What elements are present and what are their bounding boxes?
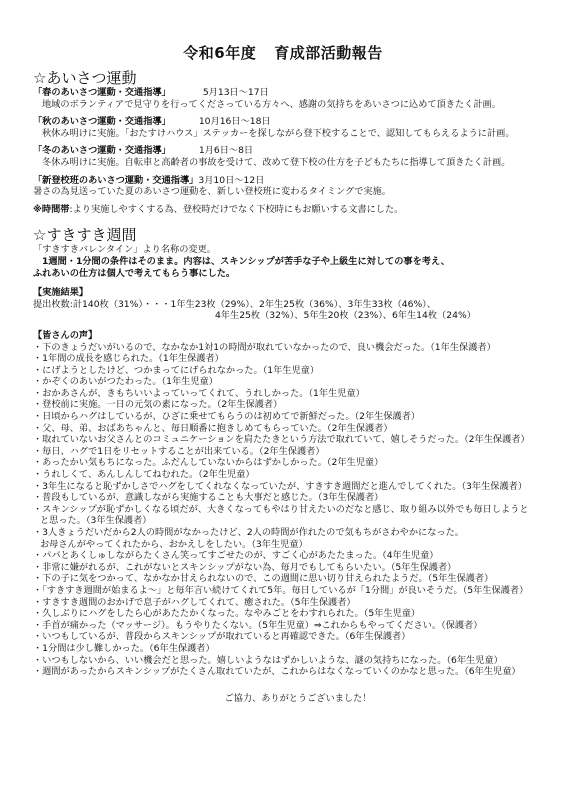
aisatsu-item-desc: 地域のボランティアで見守りを行ってくださっている方々へ、感謝の気持ちをあいさつに… (33, 99, 553, 111)
aisatsu-item-desc: 暑さの為見送っていた夏のあいさつ運動を、新しい登校班に変わるタイミングで実施。 (33, 186, 553, 198)
voice-item-continuation: お母さんがやってくれたから、おかえしをしたい。（3年生児童） (33, 539, 553, 551)
title-fiscal-year: 令和6年度 (183, 44, 256, 62)
aisatsu-item-date: 1月6日～8日 (199, 145, 253, 157)
page-title: 令和6年度育成部活動報告 (0, 42, 566, 63)
voice-item: ・非常に嫌がれるが、これがないとスキンシップがない為、毎月でもしてもらいたい。（… (33, 562, 553, 574)
aisatsu-item-name: 「新登校班のあいさつ運動・交通指導」 (33, 175, 198, 186)
voice-item: ・うれしくて、あんしんしてねむれた。（2年生児童） (33, 469, 553, 481)
voices-heading: 【皆さんの声】 (33, 330, 553, 342)
aisatsu-item: 「秋のあいさつ運動・交通指導」10月16日～18日 秋休み明けに実施。「おたすけ… (33, 116, 553, 139)
voice-item: ・父、母、弟、おばあちゃんと、毎日順番に抱きしめてもらっていた。（2年生保護者） (33, 423, 553, 435)
voice-item: ・スキンシップが恥ずかしくなる頃だが、大きくなってもやはり甘えたいのだなと感じ、… (33, 504, 553, 516)
voices-list: ・下のきょうだいがいるので、なかなか1対1の時間が取れていなかったので、良い機会… (33, 342, 553, 678)
results-line-2: 4年生25枚（32%）、5年生20枚（23%）、6年生14枚（24%） (33, 310, 553, 322)
aisatsu-item-name: 「春のあいさつ運動・交通指導」 (33, 87, 171, 98)
voice-item: ・3年生になると恥ずかしさでハグをしてくれなくなっていたが、すきすき週間だと進ん… (33, 481, 553, 493)
voice-item: ・登校前に実施。一日の元気の素になった。（2年生保護者） (33, 399, 553, 411)
sukisuki-desc-1: 1週間・1分間の条件はそのまま。内容は、スキンシップが苦手な子や上級生に対しての… (33, 256, 553, 268)
voice-item: ・週間があったからスキンシップがたくさん取れていたが、これからはなくなっていくの… (33, 666, 553, 678)
voice-item: ・1年間の成長を感じられた。（1年生保護者） (33, 353, 553, 365)
voice-item: ・久しぶりにハグをしたら心があたたかくなった。なやみごとをわすれられた。（5年生… (33, 608, 553, 620)
aisatsu-item-date: 5月13日～17日 (203, 87, 269, 99)
voice-item: ・日頃からハグはしているが、ひざに乗せてもらうのは初めてで新鮮だった。（2年生保… (33, 411, 553, 423)
aisatsu-note-label: ※時間帯 (33, 204, 70, 215)
aisatsu-item: 「冬のあいさつ運動・交通指導」1月6日～8日 冬休み明けに実施。自転車と高齢者の… (33, 145, 553, 168)
voice-item: ・かぞくのあいがつたわった。（1年生児童） (33, 376, 553, 388)
aisatsu-item-date: 10月16日～18日 (199, 116, 271, 128)
section-heading-aisatsu: ☆あいさつ運動 (33, 70, 553, 87)
voice-item: ・下のきょうだいがいるので、なかなか1対1の時間が取れていなかったので、良い機会… (33, 342, 553, 354)
voice-item: ・1分間は少し難しかった。（6年生保護者） (33, 643, 553, 655)
voice-item: ・おかあさんが、きもちいいよっていってくれて、うれしかった。（1年生児童） (33, 388, 553, 400)
closing-thanks: ご協力、ありがとうございました！ (33, 690, 553, 704)
voice-item: ・毎日、ハグで1日をリセットすることが出来ている。（2年生保護者） (33, 446, 553, 458)
aisatsu-item: 「春のあいさつ運動・交通指導」5月13日～17日 地域のボランティアで見守りを行… (33, 87, 553, 110)
voice-item: ・下の子に気をつかって、なかなか甘えられないので、この週間に思い切り甘えられたよ… (33, 573, 553, 585)
report-page: 令和6年度育成部活動報告 ☆あいさつ運動 「春のあいさつ運動・交通指導」5月13… (0, 0, 566, 800)
voice-item: ・手首が痛かった（マッサージ）。もうやりたくない。（5年生児童）⇒これからもやっ… (33, 620, 553, 632)
voice-item-continuation: と思った。（3年生保護者） (33, 515, 553, 527)
sukisuki-rename: 「すきすきバレンタイン」より名称の変更。 (33, 244, 553, 256)
section-heading-sukisuki: ☆すきすき週間 (33, 227, 553, 244)
voice-item: ・3人きょうだいだから2人の時間がなかったけど、2人の時間が作れたので気もちがさ… (33, 527, 553, 539)
aisatsu-item-name: 「秋のあいさつ運動・交通指導」 (33, 116, 171, 127)
voice-item: ・普段もしているが、意識しながら実施することも大事だと感じた。（3年生保護者） (33, 492, 553, 504)
aisatsu-note: ※時間帯:より実施しやすくする為、登校時だけでなく下校時にもお願いする文書にした… (33, 204, 553, 216)
sukisuki-desc-2: ふれあいの仕方は個人で考えてもらう事にした。 (33, 268, 553, 280)
voice-item: ・あったかい気もちになった。ふだんしていないからはずかしかった。（2年生児童） (33, 457, 553, 469)
voice-item: ・いつもしているが、普段からスキンシップが取れていると再確認できた。（6年生保護… (33, 631, 553, 643)
voice-item: ・いつもしないから、いい機会だと思った。嬉しいようなはずかしいような、謎の気持ち… (33, 655, 553, 667)
title-report-name: 育成部活動報告 (274, 44, 383, 62)
voice-item: ・にげようとしたけど、つかまってにげられなかった。（1年生児童） (33, 365, 553, 377)
voice-item: ・取れていないお父さんとのコミュニケーションを肩たたきという方法で取れていて、嬉… (33, 434, 553, 446)
voice-item: ・すきすき週間のおかげで息子がハグしてくれて、癒された。（5年生保護者） (33, 597, 553, 609)
voice-item: ・パパとあくしゅしながらたくさん笑ってすごせたのが、すごく心があたたまった。（4… (33, 550, 553, 562)
aisatsu-item-desc: 秋休み明けに実施。「おたすけハウス」ステッカーを探しながら登下校することで、認知… (33, 128, 553, 140)
voice-item: ・「すきすき週間が始まるよ～」と毎年言い続けてくれて5年。毎日しているが「1分間… (33, 585, 553, 597)
report-body: ☆あいさつ運動 「春のあいさつ運動・交通指導」5月13日～17日 地域のボランテ… (33, 70, 553, 704)
aisatsu-item-name: 「冬のあいさつ運動・交通指導」 (33, 145, 171, 156)
results-line-1: 提出枚数:計140枚（31%）・・・1年生23枚（29%）、2年生25枚（36%… (33, 299, 553, 311)
aisatsu-note-text: :より実施しやすくする為、登校時だけでなく下校時にもお願いする文書にした。 (70, 204, 404, 215)
aisatsu-item: 「新登校班のあいさつ運動・交通指導」3月10日～12日 暑さの為見送っていた夏の… (33, 175, 553, 198)
aisatsu-item-date: 3月10日～12日 (198, 175, 264, 187)
results-heading: 【実施結果】 (33, 287, 553, 299)
aisatsu-item-desc: 冬休み明けに実施。自転車と高齢者の事故を受けて、改めて登下校の仕方を子どもたちに… (33, 157, 553, 169)
